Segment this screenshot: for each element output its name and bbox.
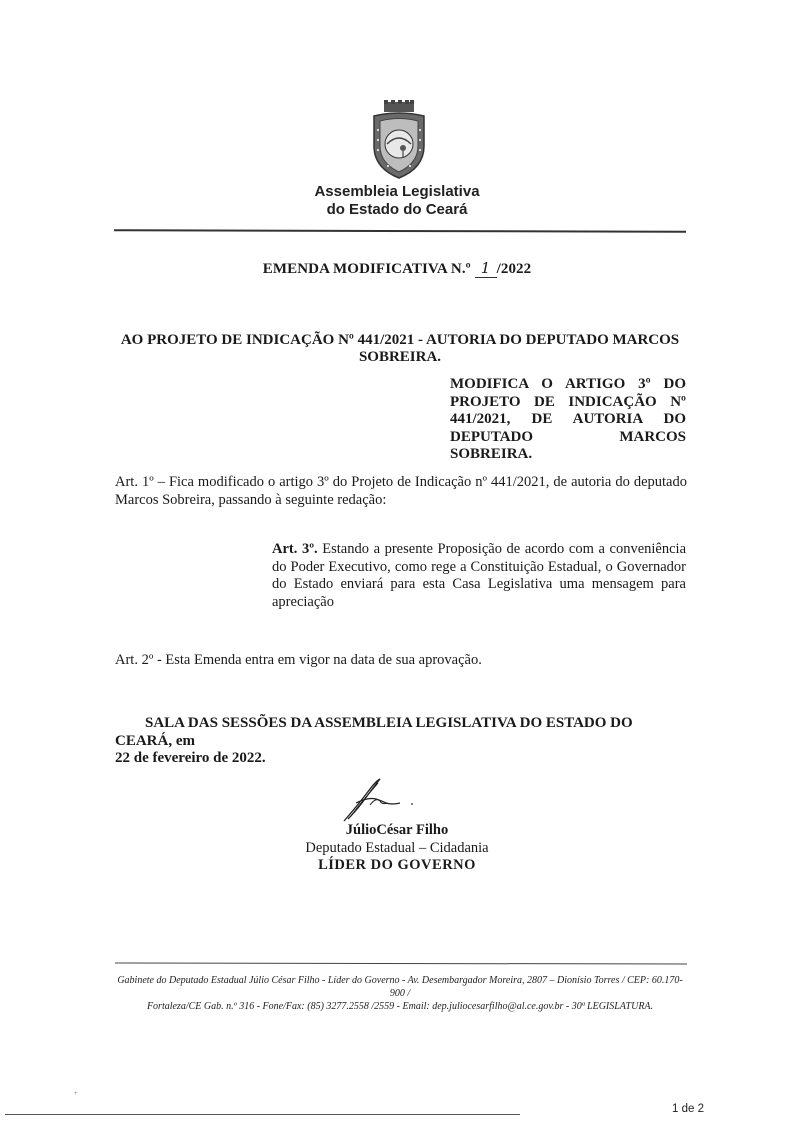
- institution-line-1: Assembleia Legislativa: [0, 183, 794, 201]
- quote-line: apreciação: [272, 594, 334, 610]
- quote-line: do Estado enviará para esta Casa Legisla…: [272, 576, 686, 594]
- footer-divider: [115, 963, 687, 965]
- scan-mark: +: [74, 1091, 78, 1097]
- footer-contact: Gabinete do Deputado Estadual Júlio Césa…: [110, 974, 690, 1013]
- page-indicator: 1 de 2: [672, 1103, 704, 1115]
- article-2: Art. 2º - Esta Emenda entra em vigor na …: [115, 652, 687, 670]
- document-title: EMENDA MODIFICATIVA N.º 1/2022: [0, 259, 794, 278]
- title-prefix: EMENDA MODIFICATIVA N.º: [263, 261, 475, 277]
- document-subject: AO PROJETO DE INDICAÇÃO Nº 441/2021 - AU…: [120, 332, 680, 366]
- title-number: 1: [475, 259, 497, 278]
- quote-label: Art. 3º.: [272, 541, 318, 557]
- signer-role: LÍDER DO GOVERNO: [0, 857, 794, 875]
- ementa-line: MODIFICA O ARTIGO 3º DO: [450, 376, 686, 394]
- coat-of-arms-icon: [368, 100, 430, 180]
- closing-line-2: 22 de fevereiro de 2022.: [115, 750, 266, 766]
- footer-line-2: Fortaleza/CE Gab. n.º 316 - Fone/Fax: (8…: [110, 1000, 690, 1013]
- quoted-article-3: Art. 3º. Estando a presente Proposição d…: [272, 541, 686, 611]
- article-1: Art. 1º – Fica modificado o artigo 3º do…: [115, 474, 687, 509]
- closing-statement: SALA DAS SESSÕES DA ASSEMBLEIA LEGISLATI…: [115, 715, 689, 768]
- ementa-line: PROJETO DE INDICAÇÃO Nº: [450, 394, 686, 412]
- closing-line-1: SALA DAS SESSÕES DA ASSEMBLEIA LEGISLATI…: [115, 715, 689, 750]
- handwritten-signature-icon: [340, 775, 430, 825]
- ementa-line: 441/2021, DE AUTORIA DO: [450, 411, 686, 429]
- signer-name: JúlioCésar Filho: [0, 822, 794, 840]
- institution-line-2: do Estado do Ceará: [0, 201, 794, 219]
- quote-line: Estando a presente Proposição de acordo …: [318, 541, 686, 557]
- ementa-line: DEPUTADO MARCOS SOBREIRA.: [450, 429, 686, 463]
- page-divider: [5, 1114, 520, 1115]
- ementa: MODIFICA O ARTIGO 3º DO PROJETO DE INDIC…: [450, 376, 686, 464]
- quote-line: do Poder Executivo, como rege a Constitu…: [272, 559, 686, 577]
- signer-block: JúlioCésar Filho Deputado Estadual – Cid…: [0, 822, 794, 875]
- header-divider: [114, 229, 686, 232]
- footer-line-1: Gabinete do Deputado Estadual Júlio Césa…: [110, 974, 690, 1000]
- title-suffix: /2022: [497, 261, 532, 277]
- institution-name: Assembleia Legislativa do Estado do Cear…: [0, 183, 794, 219]
- signer-office: Deputado Estadual – Cidadania: [0, 840, 794, 858]
